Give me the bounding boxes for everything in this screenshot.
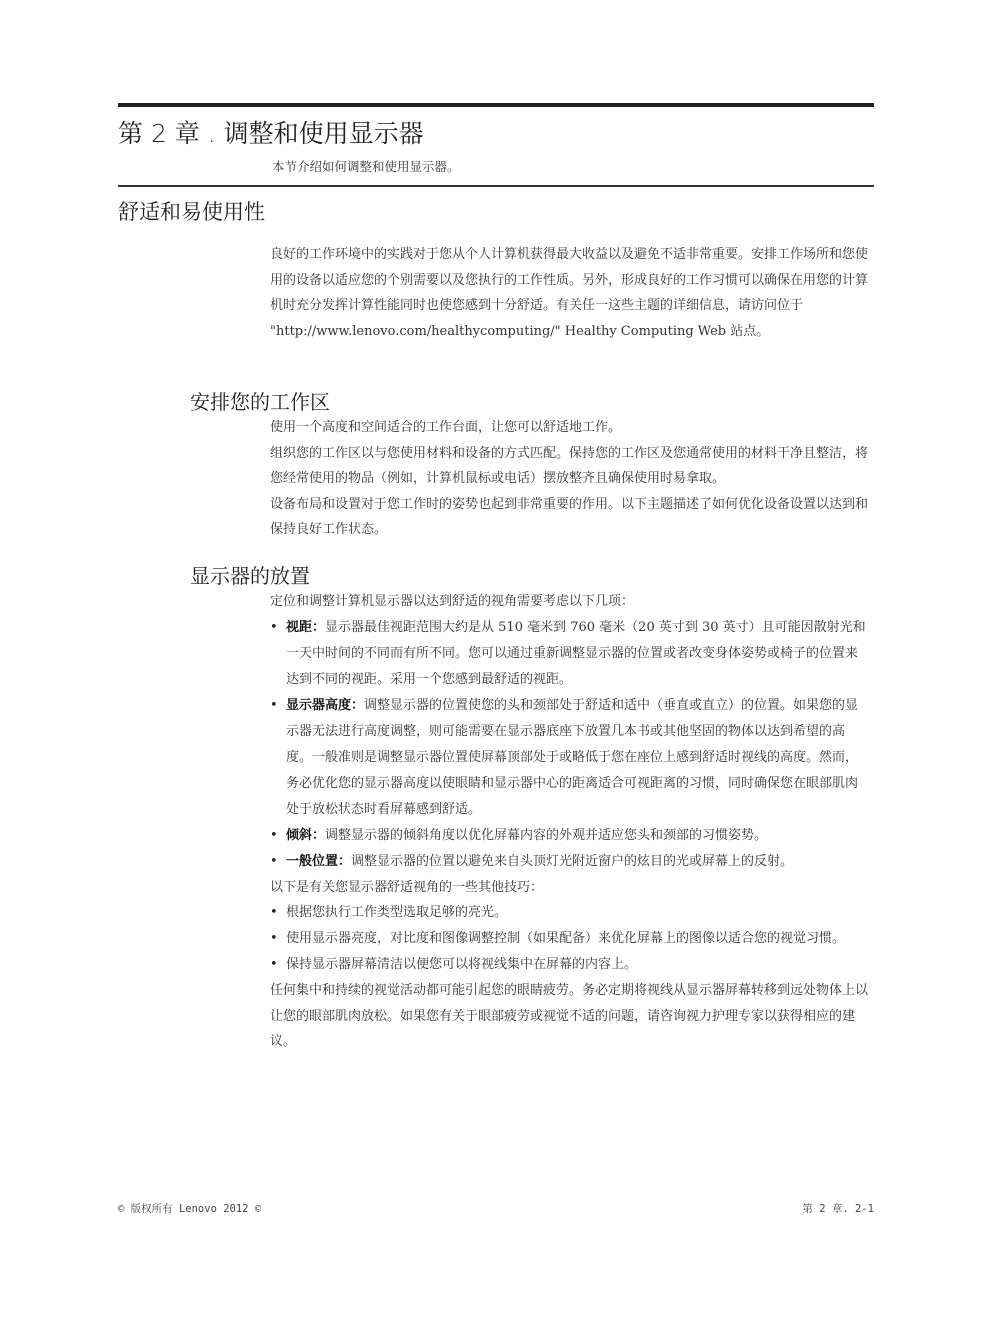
term-label: 视距： [286, 620, 325, 635]
term-label: 一般位置： [286, 854, 351, 869]
list-item: 使用显示器亮度，对比度和图像调整控制（如果配备）来优化屏幕上的图像以适合您的视觉… [270, 926, 870, 952]
healthy-computing-link-text[interactable]: "http://www.lenovo.com/healthycomputing/… [270, 319, 870, 345]
workspace-paragraph: 设备布局和设置对于您工作时的姿势也起到非常重要的作用。以下主题描述了如何优化设备… [270, 492, 870, 543]
chapter-title: 第 2 章 . 调整和使用显示器 [118, 114, 424, 150]
list-item: 一般位置：调整显示器的位置以避免来自头顶灯光附近窗户的炫目的光或屏幕上的反射。 [270, 849, 870, 875]
placement-list: 视距：显示器最佳视距范围大约是从 510 毫米到 760 毫米（20 英寸到 3… [270, 615, 870, 875]
section-title: 舒适和易使用性 [118, 196, 265, 226]
placement-body: 定位和调整计算机显示器以达到舒适的视角需要考虑以下几项： 视距：显示器最佳视距范… [270, 589, 870, 1055]
section-body: 良好的工作环境中的实践对于您从个人计算机获得最大收益以及避免不适非常重要。安排工… [270, 242, 870, 344]
list-item: 倾斜：调整显示器的倾斜角度以优化屏幕内容的外观并适应您头和颈部的习惯姿势。 [270, 823, 870, 849]
workspace-title: 安排您的工作区 [190, 386, 330, 415]
term-text: 调整显示器的位置以避免来自头顶灯光附近窗户的炫目的光或屏幕上的反射。 [351, 854, 793, 869]
tips-intro: 以下是有关您显示器舒适视角的一些其他技巧： [270, 875, 870, 901]
term-label: 倾斜： [286, 828, 325, 843]
term-text: 调整显示器的倾斜角度以优化屏幕内容的外观并适应您头和颈部的习惯姿势。 [325, 828, 767, 843]
section-rule [118, 185, 874, 187]
list-item: 显示器高度：调整显示器的位置使您的头和颈部处于舒适和适中（垂直或直立）的位置。如… [270, 693, 870, 823]
placement-title: 显示器的放置 [190, 560, 310, 589]
footer-page-number: 第 2 章. 2-1 [802, 1201, 874, 1216]
placement-intro: 定位和调整计算机显示器以达到舒适的视角需要考虑以下几项： [270, 589, 870, 615]
closing-paragraph: 任何集中和持续的视觉活动都可能引起您的眼睛疲劳。务必定期将视线从显示器屏幕转移到… [270, 978, 870, 1055]
chapter-intro: 本节介绍如何调整和使用显示器。 [272, 157, 460, 175]
term-label: 显示器高度： [286, 698, 364, 713]
top-rule [118, 103, 874, 107]
workspace-paragraph: 组织您的工作区以与您使用材料和设备的方式匹配。保持您的工作区及您通常使用的材料干… [270, 441, 870, 492]
workspace-body: 使用一个高度和空间适合的工作台面，让您可以舒适地工作。 组织您的工作区以与您使用… [270, 415, 870, 543]
tips-list: 根据您执行工作类型选取足够的亮光。 使用显示器亮度，对比度和图像调整控制（如果配… [270, 900, 870, 978]
footer-copyright: © 版权所有 Lenovo 2012 © [118, 1201, 261, 1216]
workspace-paragraph: 使用一个高度和空间适合的工作台面，让您可以舒适地工作。 [270, 415, 870, 441]
list-item: 根据您执行工作类型选取足够的亮光。 [270, 900, 870, 926]
list-item: 保持显示器屏幕清洁以便您可以将视线集中在屏幕的内容上。 [270, 952, 870, 978]
term-text: 调整显示器的位置使您的头和颈部处于舒适和适中（垂直或直立）的位置。如果您的显示器… [286, 698, 858, 817]
term-text: 显示器最佳视距范围大约是从 510 毫米到 760 毫米（20 英寸到 30 英… [286, 620, 866, 687]
list-item: 视距：显示器最佳视距范围大约是从 510 毫米到 760 毫米（20 英寸到 3… [270, 615, 870, 693]
section-paragraph: 良好的工作环境中的实践对于您从个人计算机获得最大收益以及避免不适非常重要。安排工… [270, 242, 870, 319]
